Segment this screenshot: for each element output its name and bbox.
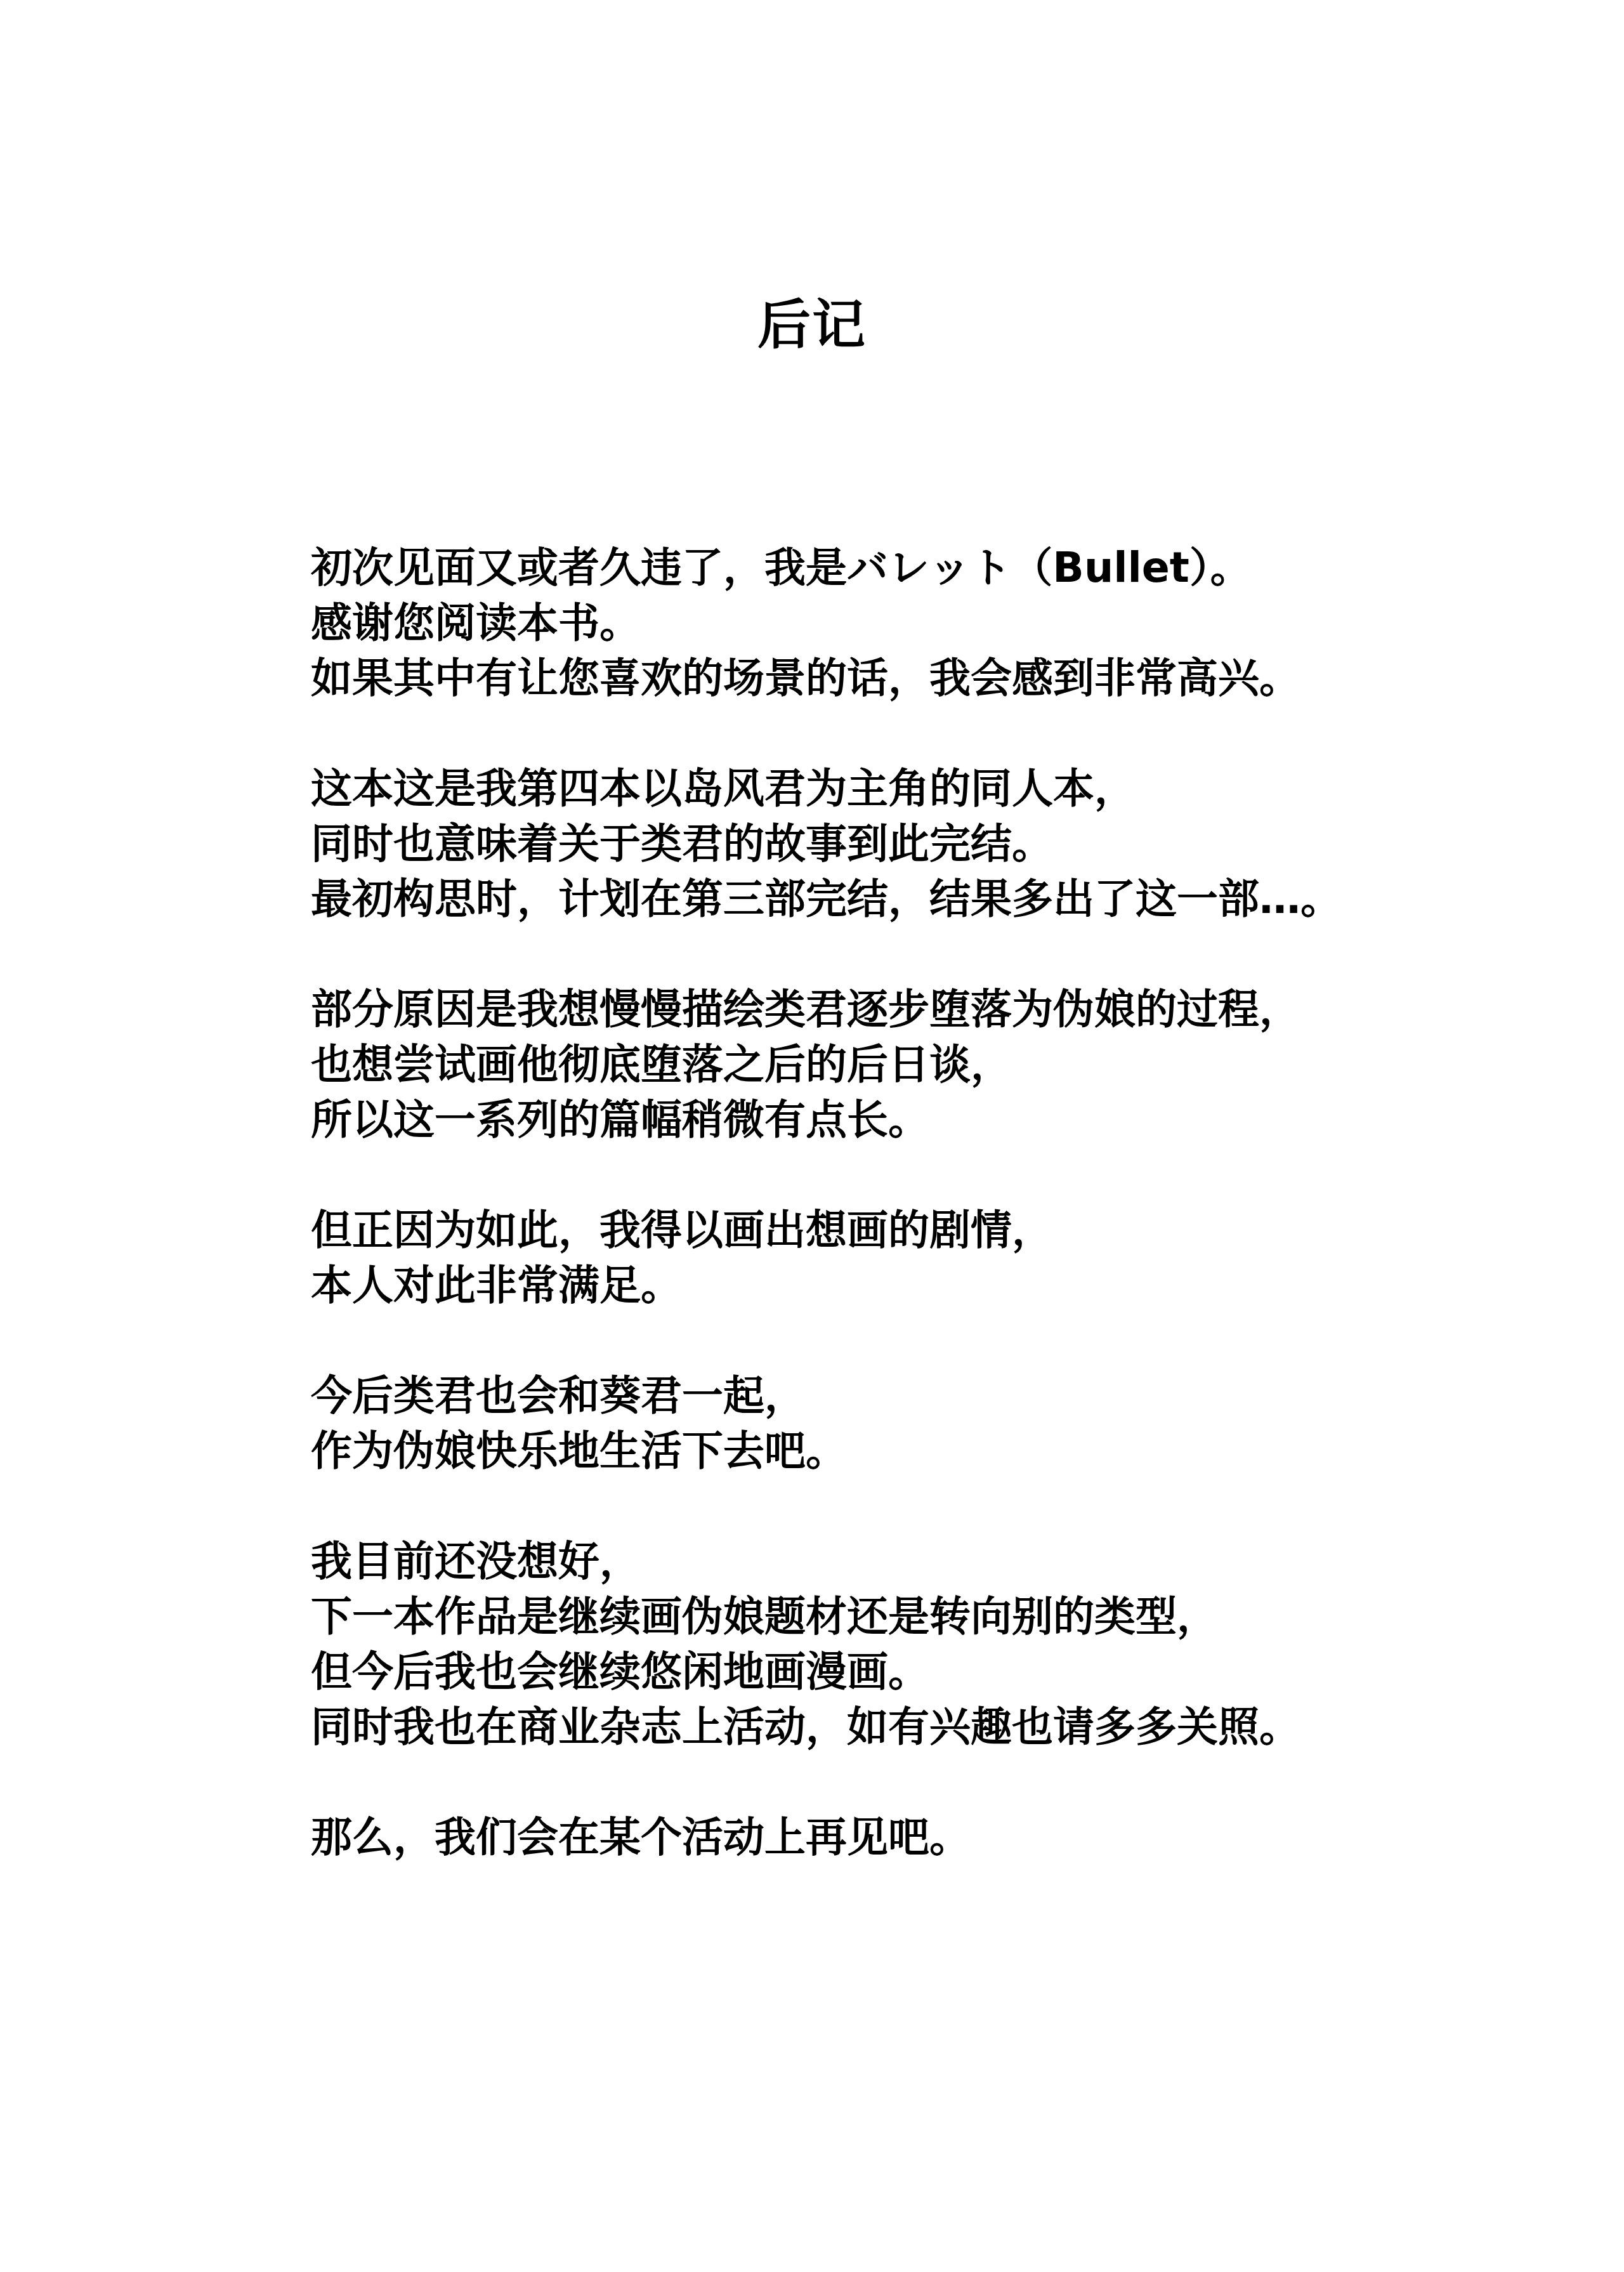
paragraph: 我目前还没想好，下一本作品是继续画伪娘题材还是转向别的类型，但今后我也会继续悠闲…	[311, 1534, 1402, 1755]
text-line: 最初构思时，计划在第三部完结，结果多出了这一部…。	[311, 872, 1402, 927]
text-line: 但正因为如此，我得以画出想画的剧情，	[311, 1203, 1402, 1258]
text-line: 同时我也在商业杂志上活动，如有兴趣也请多多关照。	[311, 1700, 1402, 1755]
text-line: 今后类君也会和葵君一起，	[311, 1369, 1402, 1424]
text-line: 同时也意味着关于类君的故事到此完结。	[311, 817, 1402, 872]
paragraph: 但正因为如此，我得以画出想画的剧情，本人对此非常满足。	[311, 1203, 1402, 1313]
text-line: 作为伪娘快乐地生活下去吧。	[311, 1424, 1402, 1479]
paragraph: 部分原因是我想慢慢描绘类君逐步堕落为伪娘的过程，也想尝试画他彻底堕落之后的后日谈…	[311, 982, 1402, 1148]
text-line: 感谢您阅读本书。	[311, 596, 1402, 651]
paragraph: 这本这是我第四本以岛风君为主角的同人本，同时也意味着关于类君的故事到此完结。最初…	[311, 761, 1402, 927]
afterword-body: 初次见面又或者久违了，我是バレット（Bullet）。感谢您阅读本书。如果其中有让…	[311, 541, 1402, 1921]
text-line: 初次见面又或者久违了，我是バレット（Bullet）。	[311, 541, 1402, 596]
text-line: 所以这一系列的篇幅稍微有点长。	[311, 1093, 1402, 1148]
text-line: 下一本作品是继续画伪娘题材还是转向别的类型，	[311, 1589, 1402, 1645]
paragraph: 那么，我们会在某个活动上再见吧。	[311, 1810, 1402, 1865]
text-line: 本人对此非常满足。	[311, 1258, 1402, 1313]
text-line: 但今后我也会继续悠闲地画漫画。	[311, 1645, 1402, 1700]
afterword-page: 后记 初次见面又或者久违了，我是バレット（Bullet）。感谢您阅读本书。如果其…	[0, 0, 1624, 2272]
page-title: 后记	[0, 293, 1624, 357]
text-line: 这本这是我第四本以岛风君为主角的同人本，	[311, 761, 1402, 817]
text-line: 我目前还没想好，	[311, 1534, 1402, 1589]
text-line: 也想尝试画他彻底堕落之后的后日谈，	[311, 1037, 1402, 1093]
text-line: 部分原因是我想慢慢描绘类君逐步堕落为伪娘的过程，	[311, 982, 1402, 1037]
paragraph: 今后类君也会和葵君一起，作为伪娘快乐地生活下去吧。	[311, 1369, 1402, 1479]
text-line: 如果其中有让您喜欢的场景的话，我会感到非常高兴。	[311, 651, 1402, 706]
paragraph: 初次见面又或者久违了，我是バレット（Bullet）。感谢您阅读本书。如果其中有让…	[311, 541, 1402, 706]
text-line: 那么，我们会在某个活动上再见吧。	[311, 1810, 1402, 1865]
